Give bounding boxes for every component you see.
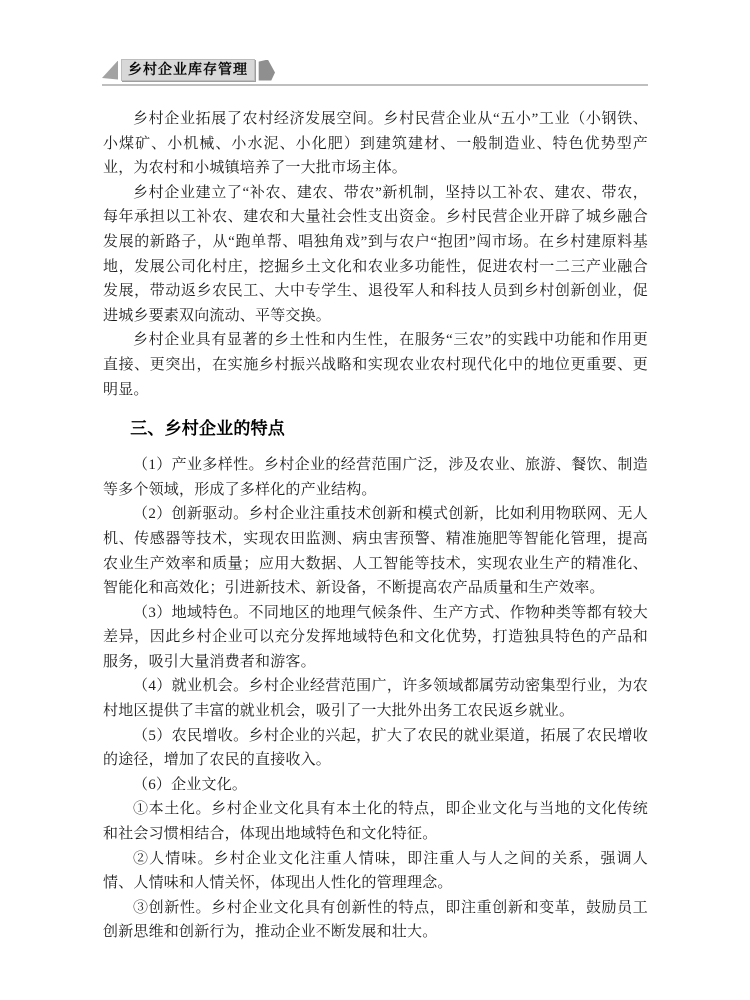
feature-item: （2）创新驱动。乡村企业注重技术创新和模式创新，比如利用物联网、无人机、传感器等… [103,502,648,600]
feature-item: （1）产业多样性。乡村企业的经营范围广泛，涉及农业、旅游、餐饮、制造等多个领域，… [103,453,648,502]
section-heading: 三、乡村企业的特点 [103,417,648,441]
page-header: 乡村企业库存管理 [102,58,275,82]
feature-item: （6）企业文化。 [103,773,648,798]
subitem-innovation: ③创新性。乡村企业文化具有创新性的特点，即注重创新和变革，鼓励员工创新思维和创新… [103,896,648,945]
intro-paragraph: 乡村企业具有显著的乡土性和内生性，在服务“三农”的实践中功能和作用更直接、更突出… [103,328,648,402]
intro-paragraph: 乡村企业拓展了农村经济发展空间。乡村民营企业从“五小”工业（小钢铁、小煤矿、小机… [103,107,648,181]
right-flag-icon [258,60,275,81]
subitem-localization: ①本土化。乡村企业文化具有本土化的特点，即企业文化与当地的文化传统和社会习惯相结… [103,797,648,846]
feature-item: （4）就业机会。乡村企业经营范围广，许多领域都属劳动密集型行业，为农村地区提供了… [103,674,648,723]
intro-paragraph: 乡村企业建立了“补农、建农、带农”新机制，坚持以工补农、建农、带农，每年承担以工… [103,181,648,329]
left-triangle-icon [102,61,118,80]
header-divider [102,84,648,86]
chapter-title-badge: 乡村企业库存管理 [121,59,255,81]
document-page: 乡村企业库存管理 乡村企业拓展了农村经济发展空间。乡村民营企业从“五小”工业（小… [0,0,750,1000]
feature-item: （5）农民增收。乡村企业的兴起，扩大了农民的就业渠道，拓展了农民增收的途径，增加… [103,724,648,773]
document-body: 乡村企业拓展了农村经济发展空间。乡村民营企业从“五小”工业（小钢铁、小煤矿、小机… [103,107,648,945]
feature-item: （3）地域特色。不同地区的地理气候条件、生产方式、作物种类等都有较大差异，因此乡… [103,601,648,675]
subitem-human-touch: ②人情味。乡村企业文化注重人情味，即注重人与人之间的关系，强调人情、人情味和人情… [103,847,648,896]
